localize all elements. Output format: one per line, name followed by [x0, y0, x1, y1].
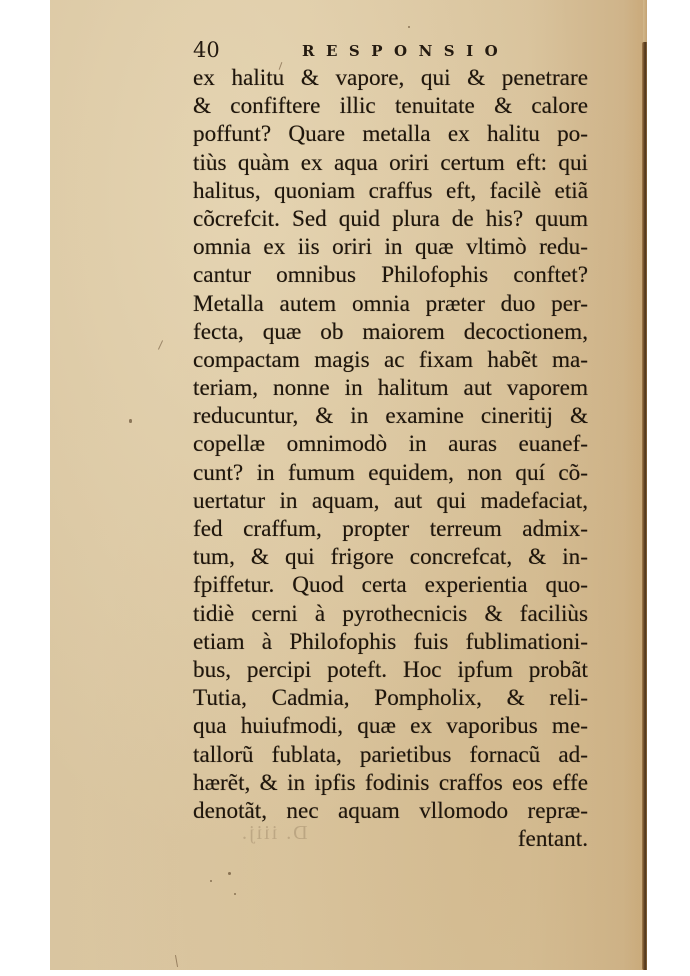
bleed-through-signature: D. iiij.: [240, 822, 308, 845]
text-line: tum, & qui frigore concrefcat, & in-: [193, 543, 588, 571]
paper-mark: [175, 955, 178, 967]
text-line: poffunt? Quare metalla ex halitu po-: [193, 120, 588, 148]
text-line: Metalla autem omnia præter duo per-: [193, 290, 588, 318]
text-line: cantur omnibus Philofophis conftet?: [193, 261, 588, 289]
book-page: 40 RESPONSIO ex halitu & vapore, qui & p…: [50, 0, 647, 970]
running-head: 40 RESPONSIO: [193, 36, 588, 64]
text-line: tallorũ fublata, parietibus fornacũ ad-: [193, 741, 588, 769]
page-number: 40: [193, 36, 220, 64]
text-line: denotãt, nec aquam vllomodo repræ-: [193, 797, 588, 825]
text-line: compactam magis ac fixam habẽt ma-: [193, 346, 588, 374]
text-line: ex halitu & vapore, qui & penetrare: [193, 64, 588, 92]
page-edge-top: [643, 0, 647, 42]
text-line: Tutia, Cadmia, Pompholix, & reli-: [193, 684, 588, 712]
body-text: ex halitu & vapore, qui & penetrare & co…: [193, 64, 588, 853]
paper-speck: [408, 26, 410, 28]
text-line: omnia ex iis oriri in quæ vltimò redu-: [193, 233, 588, 261]
text-line: reducuntur, & in examine cineritij &: [193, 402, 588, 430]
text-line: tidiè cerni à pyrothecnicis & faciliùs: [193, 600, 588, 628]
paper-mark: [158, 340, 163, 350]
binding-edge: [642, 42, 647, 970]
text-line: tiùs quàm ex aqua oriri certum eft: qui: [193, 149, 588, 177]
text-line: teriam, nonne in halitum aut vaporem: [193, 374, 588, 402]
text-line: cunt? in fumum equidem, non quí cõ-: [193, 459, 588, 487]
text-line: uertatur in aquam, aut qui madefaciat,: [193, 487, 588, 515]
text-line: halitus, quoniam craffus eft, facilè eti…: [193, 177, 588, 205]
paper-speck: [210, 880, 212, 882]
text-line: & confiftere illic tenuitate & calore: [193, 92, 588, 120]
text-line: fpiffetur. Quod certa experientia quo-: [193, 571, 588, 599]
running-title: RESPONSIO: [302, 38, 509, 64]
text-line: cõcrefcit. Sed quid plura de his? quum: [193, 205, 588, 233]
paper-speck: [228, 872, 231, 875]
text-line: copellæ omnimodò in auras euanef-: [193, 430, 588, 458]
text-line: fecta, quæ ob maiorem decoctionem,: [193, 318, 588, 346]
paper-speck: [129, 419, 132, 423]
text-line: hærẽt, & in ipfis fodinis craffos eos ef…: [193, 769, 588, 797]
text-line: fed craffum, propter terreum admix-: [193, 515, 588, 543]
text-line: etiam à Philofophis fuis fublimationi-: [193, 628, 588, 656]
scan-canvas: 40 RESPONSIO ex halitu & vapore, qui & p…: [0, 0, 690, 976]
paper-speck: [234, 893, 236, 895]
text-line: bus, percipi poteft. Hoc ipfum probãt: [193, 656, 588, 684]
text-line: qua huiufmodi, quæ ex vaporibus me-: [193, 712, 588, 740]
